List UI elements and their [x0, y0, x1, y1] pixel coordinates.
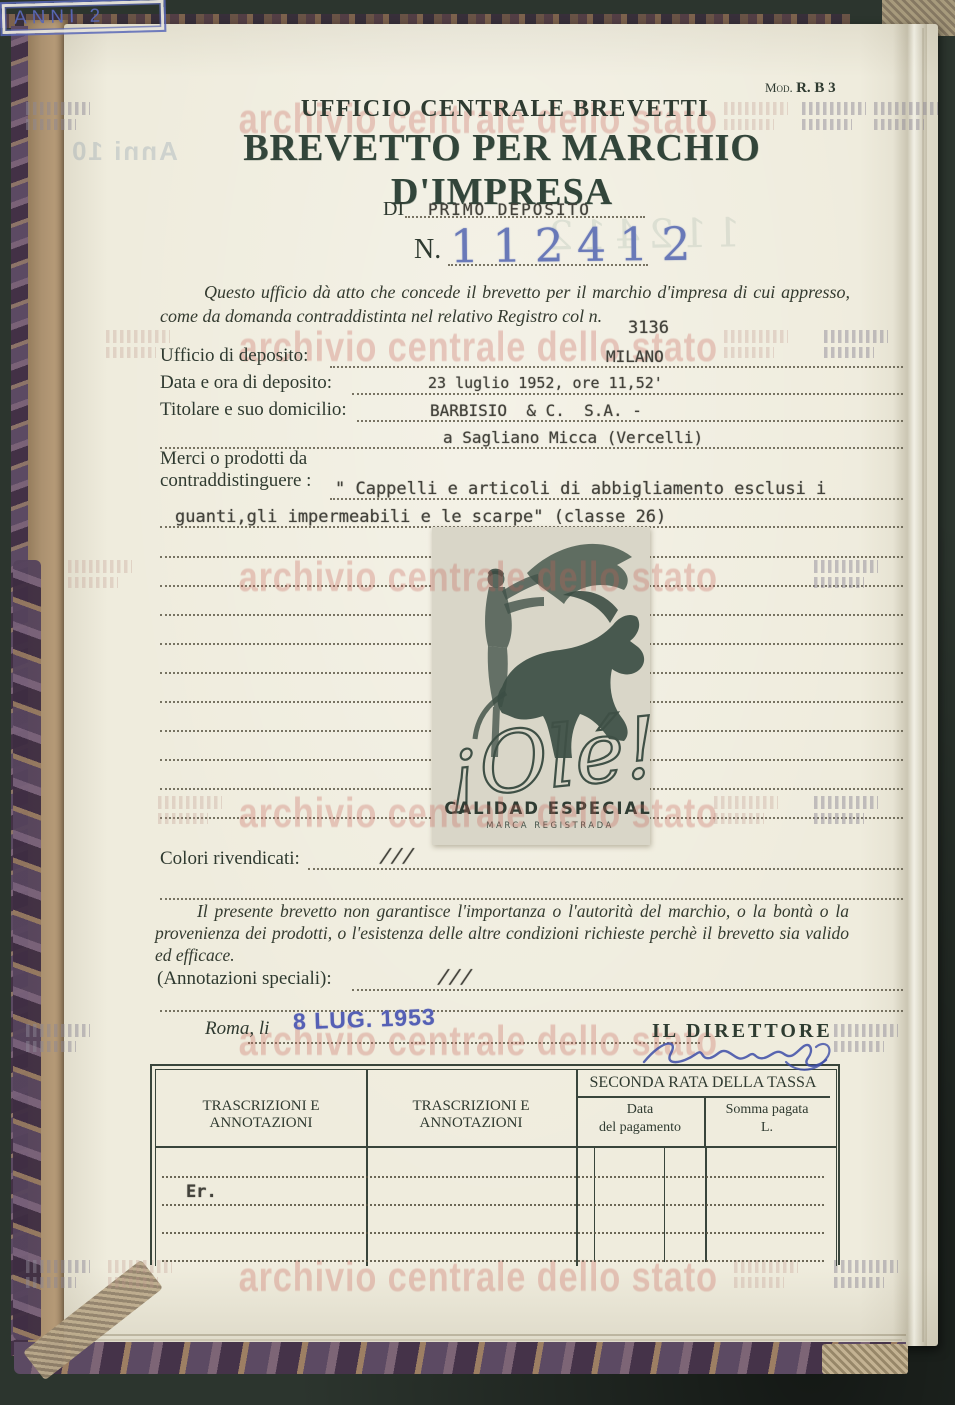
cloth-corner-bottom-right	[822, 1344, 908, 1374]
under-sheet-edge	[922, 28, 924, 1342]
table-row-rule	[162, 1260, 824, 1262]
colors-claimed-typed: ///	[378, 845, 417, 867]
table-row-rule	[162, 1176, 824, 1178]
mod-label: Mod.	[765, 80, 793, 95]
dotted-rule	[352, 393, 903, 395]
table-entry-typed: Er.	[186, 1182, 217, 1202]
intro-paragraph: Questo ufficio dà atto che concede il br…	[160, 280, 850, 328]
number-label: N.	[414, 234, 441, 266]
trademark-label-image: ¡Olé! CALIDAD ESPECIAL MARCA REGISTRADA	[432, 527, 650, 845]
annotations-typed: ///	[436, 966, 475, 988]
registro-number-typed: 3136	[628, 318, 669, 338]
goods-typed-line2: guanti,gli impermeabili e le scarpe" (cl…	[175, 507, 666, 527]
date-stamp: 8 LUG. 1953	[293, 1004, 437, 1036]
disclaimer-paragraph: Il presente brevetto non garantisce l'im…	[155, 900, 849, 966]
patent-number-stamp: 112412	[450, 217, 704, 274]
field-label-colors: Colori rivendicati:	[160, 848, 300, 870]
dotted-rule	[330, 366, 903, 368]
matador-arm-lower	[504, 597, 544, 614]
form-model-line: Mod. R. B 3	[765, 80, 836, 97]
transcriptions-table-inner: TRASCRIZIONI E ANNOTAZIONI TRASCRIZIONI …	[155, 1069, 837, 1266]
transcriptions-table: TRASCRIZIONI E ANNOTAZIONI TRASCRIZIONI …	[150, 1064, 840, 1265]
field-label-deposit-datetime: Data e ora di deposito:	[160, 372, 332, 394]
tax-date-header-line1: Data	[576, 1102, 704, 1118]
goods-label-line1: Merci o prodotti da	[160, 448, 307, 470]
table-line	[156, 1146, 836, 1148]
anni-duration-stamp: ANNI 2	[0, 0, 166, 36]
tax-sum-header-line2: L.	[704, 1120, 830, 1136]
table-line	[576, 1070, 578, 1266]
matador-arm-upper	[502, 574, 540, 600]
director-signature	[636, 1028, 846, 1078]
office-heading: UFFICIO CENTRALE BREVETTI	[160, 96, 850, 123]
place-date-label: Roma, li	[205, 1018, 269, 1040]
stacked-sheet-edge	[74, 1339, 902, 1341]
deposit-datetime-typed: 23 luglio 1952, ore 11,52'	[428, 374, 663, 392]
goods-label-line2: contraddistinguere :	[160, 470, 311, 492]
dotted-rule	[160, 1010, 903, 1012]
table-row-rule	[162, 1232, 824, 1234]
dotted-rule	[352, 989, 903, 991]
table-line	[704, 1096, 706, 1146]
bull-horn	[563, 591, 618, 623]
holder-name-typed: BARBISIO & C. S.A. -	[430, 401, 642, 420]
dotted-rule	[248, 1042, 700, 1044]
table-line	[576, 1096, 830, 1098]
marca-text: MARCA REGISTRADA	[486, 821, 614, 831]
deposit-office-typed: MILANO	[606, 347, 664, 366]
goods-typed-line1: " Cappelli e articoli di abbigliamento e…	[335, 479, 826, 499]
archive-scan-scene: Anni 10 112412 archivio centrale dello s…	[0, 0, 955, 1405]
tax-date-header-line2: del pagamento	[576, 1120, 704, 1136]
holder-address-typed: a Sagliano Micca (Vercelli)	[443, 428, 703, 447]
field-label-deposit-office: Ufficio di deposito:	[160, 345, 308, 367]
mod-value: R. B 3	[796, 80, 836, 96]
calidad-text: CALIDAD ESPECIAL	[444, 799, 650, 818]
field-label-holder: Titolare e suo domicilio:	[160, 399, 347, 421]
dotted-rule	[357, 420, 903, 422]
field-label-annotations: (Annotazioni speciali):	[157, 968, 332, 990]
table-col2-header: TRASCRIZIONI E ANNOTAZIONI	[366, 1098, 576, 1132]
bullfighter-artwork: ¡Olé! CALIDAD ESPECIAL MARCA REGISTRADA	[432, 527, 650, 845]
marbled-cover-left-lower	[13, 560, 41, 1340]
table-row-rule	[162, 1204, 824, 1206]
stacked-sheet-edge	[70, 1334, 906, 1336]
di-label: DI	[383, 198, 404, 221]
tax-sum-header-line1: Somma pagata	[704, 1102, 830, 1118]
dotted-rule	[308, 868, 903, 870]
deposit-type-typed: PRIMO DEPOSITO	[428, 200, 591, 219]
table-line	[366, 1070, 368, 1266]
table-col1-header: TRASCRIZIONI E ANNOTAZIONI	[156, 1098, 366, 1132]
book-cover-bottom	[14, 1342, 906, 1374]
